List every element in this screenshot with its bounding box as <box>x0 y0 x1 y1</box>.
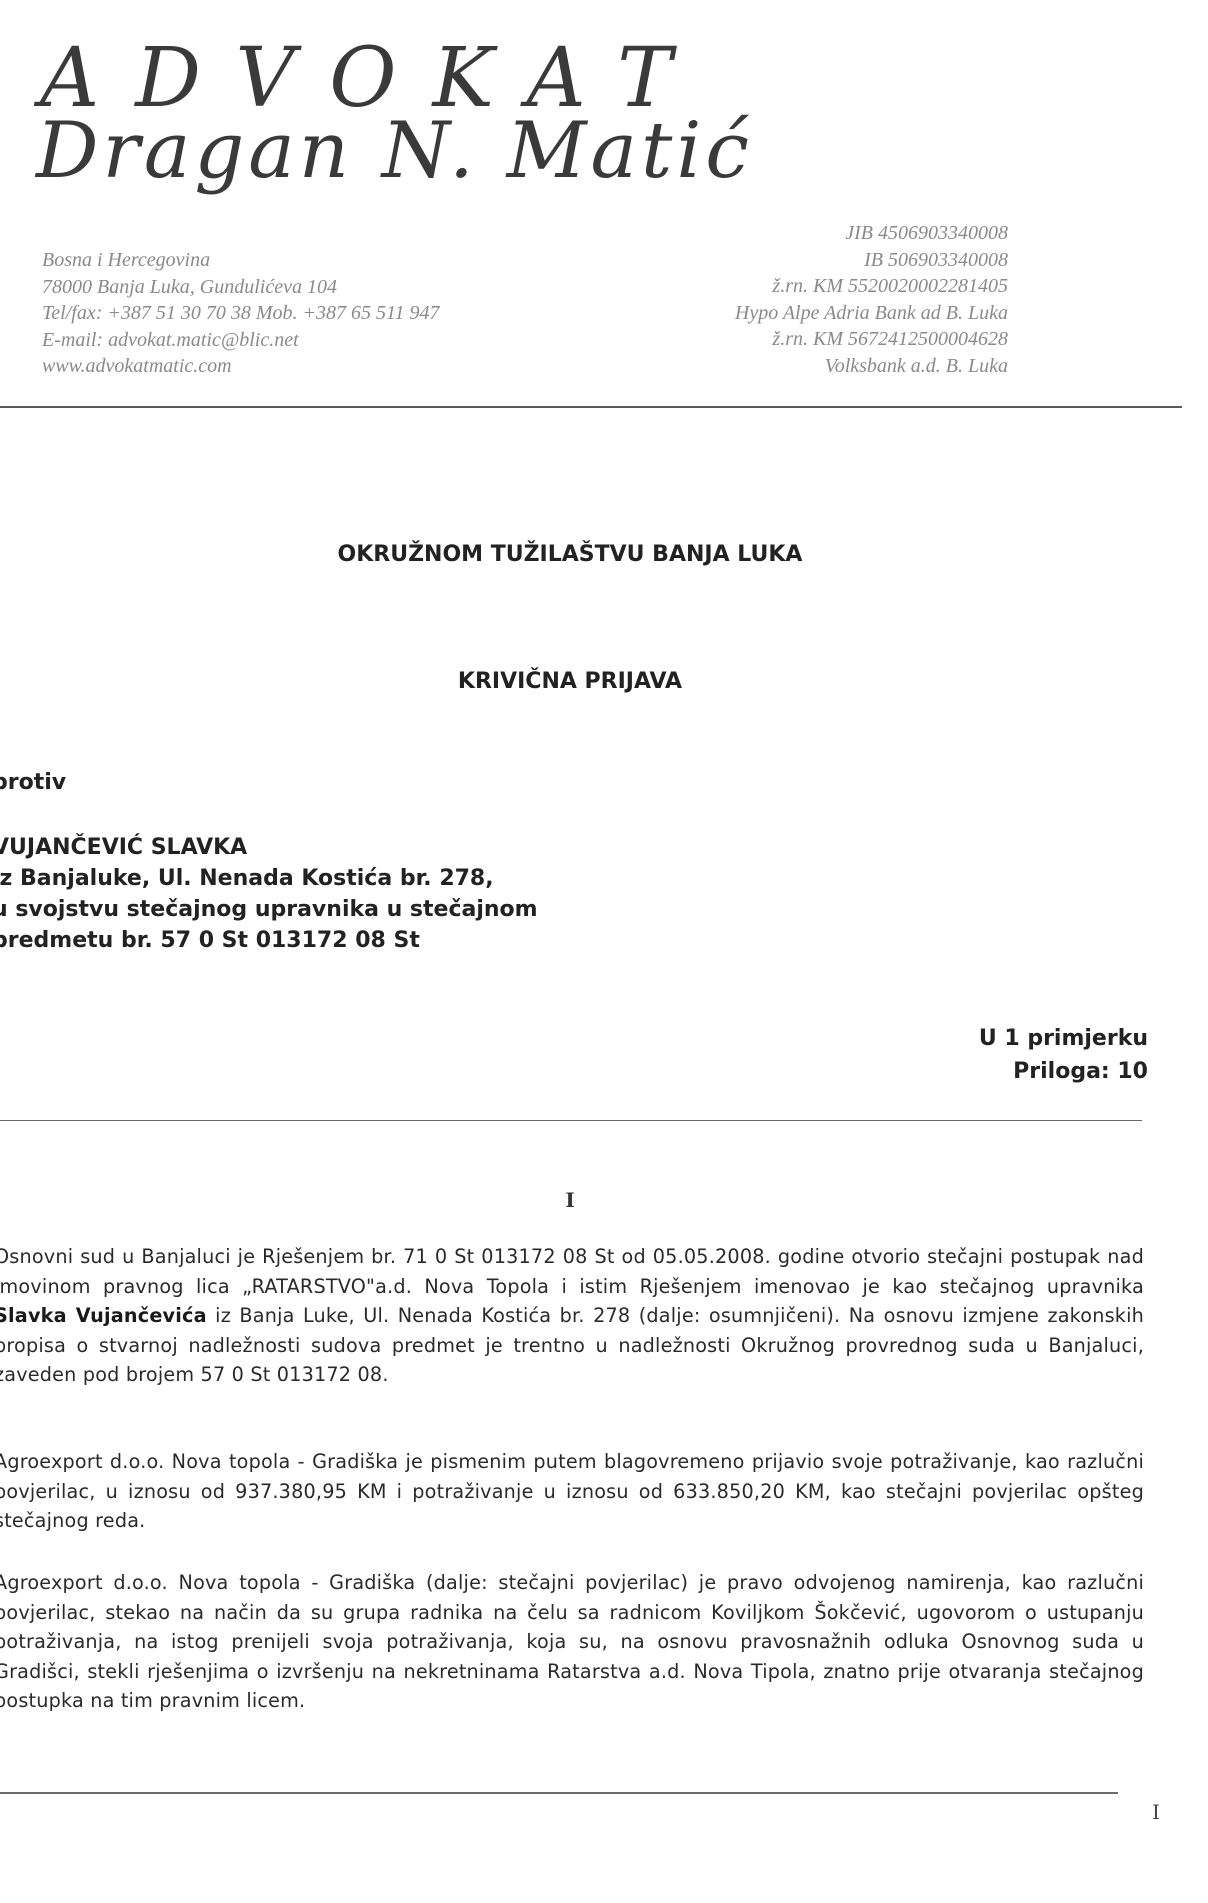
contact-jib: JIB 4506903340008 <box>735 220 1008 247</box>
footer-divider <box>0 1792 1118 1794</box>
copies-block: U 1 primjerku Priloga: 10 <box>979 1022 1148 1088</box>
letterhead-divider <box>0 406 1182 408</box>
contact-phone: Tel/fax: +387 51 30 70 38 Mob. +387 65 5… <box>42 300 440 327</box>
contact-bank-2: Volksbank a.d. B. Luka <box>735 353 1008 380</box>
suspect-case-number: predmetu br. 57 0 St 013172 08 St <box>0 925 538 956</box>
contact-bank-block: JIB 4506903340008 IB 506903340008 ž.rn. … <box>735 220 1008 379</box>
contact-country: Bosna i Hercegovina <box>42 247 440 274</box>
paragraph-3: Agroexport d.o.o. Nova topola - Gradiška… <box>0 1568 1144 1716</box>
contact-account-1: ž.rn. KM 5520020002281405 <box>735 273 1008 300</box>
paragraph-2: Agroexport d.o.o. Nova topola - Gradiška… <box>0 1447 1144 1536</box>
addressee-heading: OKRUŽNOM TUŽILAŠTVU BANJA LUKA <box>0 542 1140 567</box>
contact-account-2: ž.rn. KM 5672412500004628 <box>735 326 1008 353</box>
contact-bank-1: Hypo Alpe Adria Bank ad B. Luka <box>735 300 1008 327</box>
contact-address: 78000 Banja Luka, Gundulićeva 104 <box>42 274 440 301</box>
against-label: protiv <box>0 770 66 795</box>
contact-email: E-mail: advokat.matic@blic.net <box>42 327 440 354</box>
suspect-block: VUJANČEVIĆ SLAVKA iz Banjaluke, Ul. Nena… <box>0 832 538 956</box>
suspect-name: VUJANČEVIĆ SLAVKA <box>0 832 538 863</box>
attachments-count: Priloga: 10 <box>979 1055 1148 1088</box>
page-number: I <box>1152 1800 1160 1824</box>
paragraph-1: Osnovni sud u Banjaluci je Rješenjem br.… <box>0 1242 1144 1390</box>
paragraph-1-text-a: Osnovni sud u Banjaluci je Rješenjem br.… <box>0 1245 1144 1298</box>
suspect-address: iz Banjaluke, Ul. Nenada Kostića br. 278… <box>0 863 538 894</box>
section-divider <box>0 1120 1142 1121</box>
copies-count: U 1 primjerku <box>979 1022 1148 1055</box>
document-title: KRIVIČNA PRIJAVA <box>0 669 1140 694</box>
contact-address-block: Bosna i Hercegovina 78000 Banja Luka, Gu… <box>42 247 440 380</box>
contact-website: www.advokatmatic.com <box>42 353 440 380</box>
section-number: I <box>0 1188 1140 1212</box>
paragraph-1-bold-name: Slavka Vujančevića <box>0 1304 207 1327</box>
letterhead-name: Dragan N. Matić <box>36 112 753 190</box>
suspect-capacity: u svojstvu stečajnog upravnika u stečajn… <box>0 894 538 925</box>
contact-ib: IB 506903340008 <box>735 247 1008 274</box>
